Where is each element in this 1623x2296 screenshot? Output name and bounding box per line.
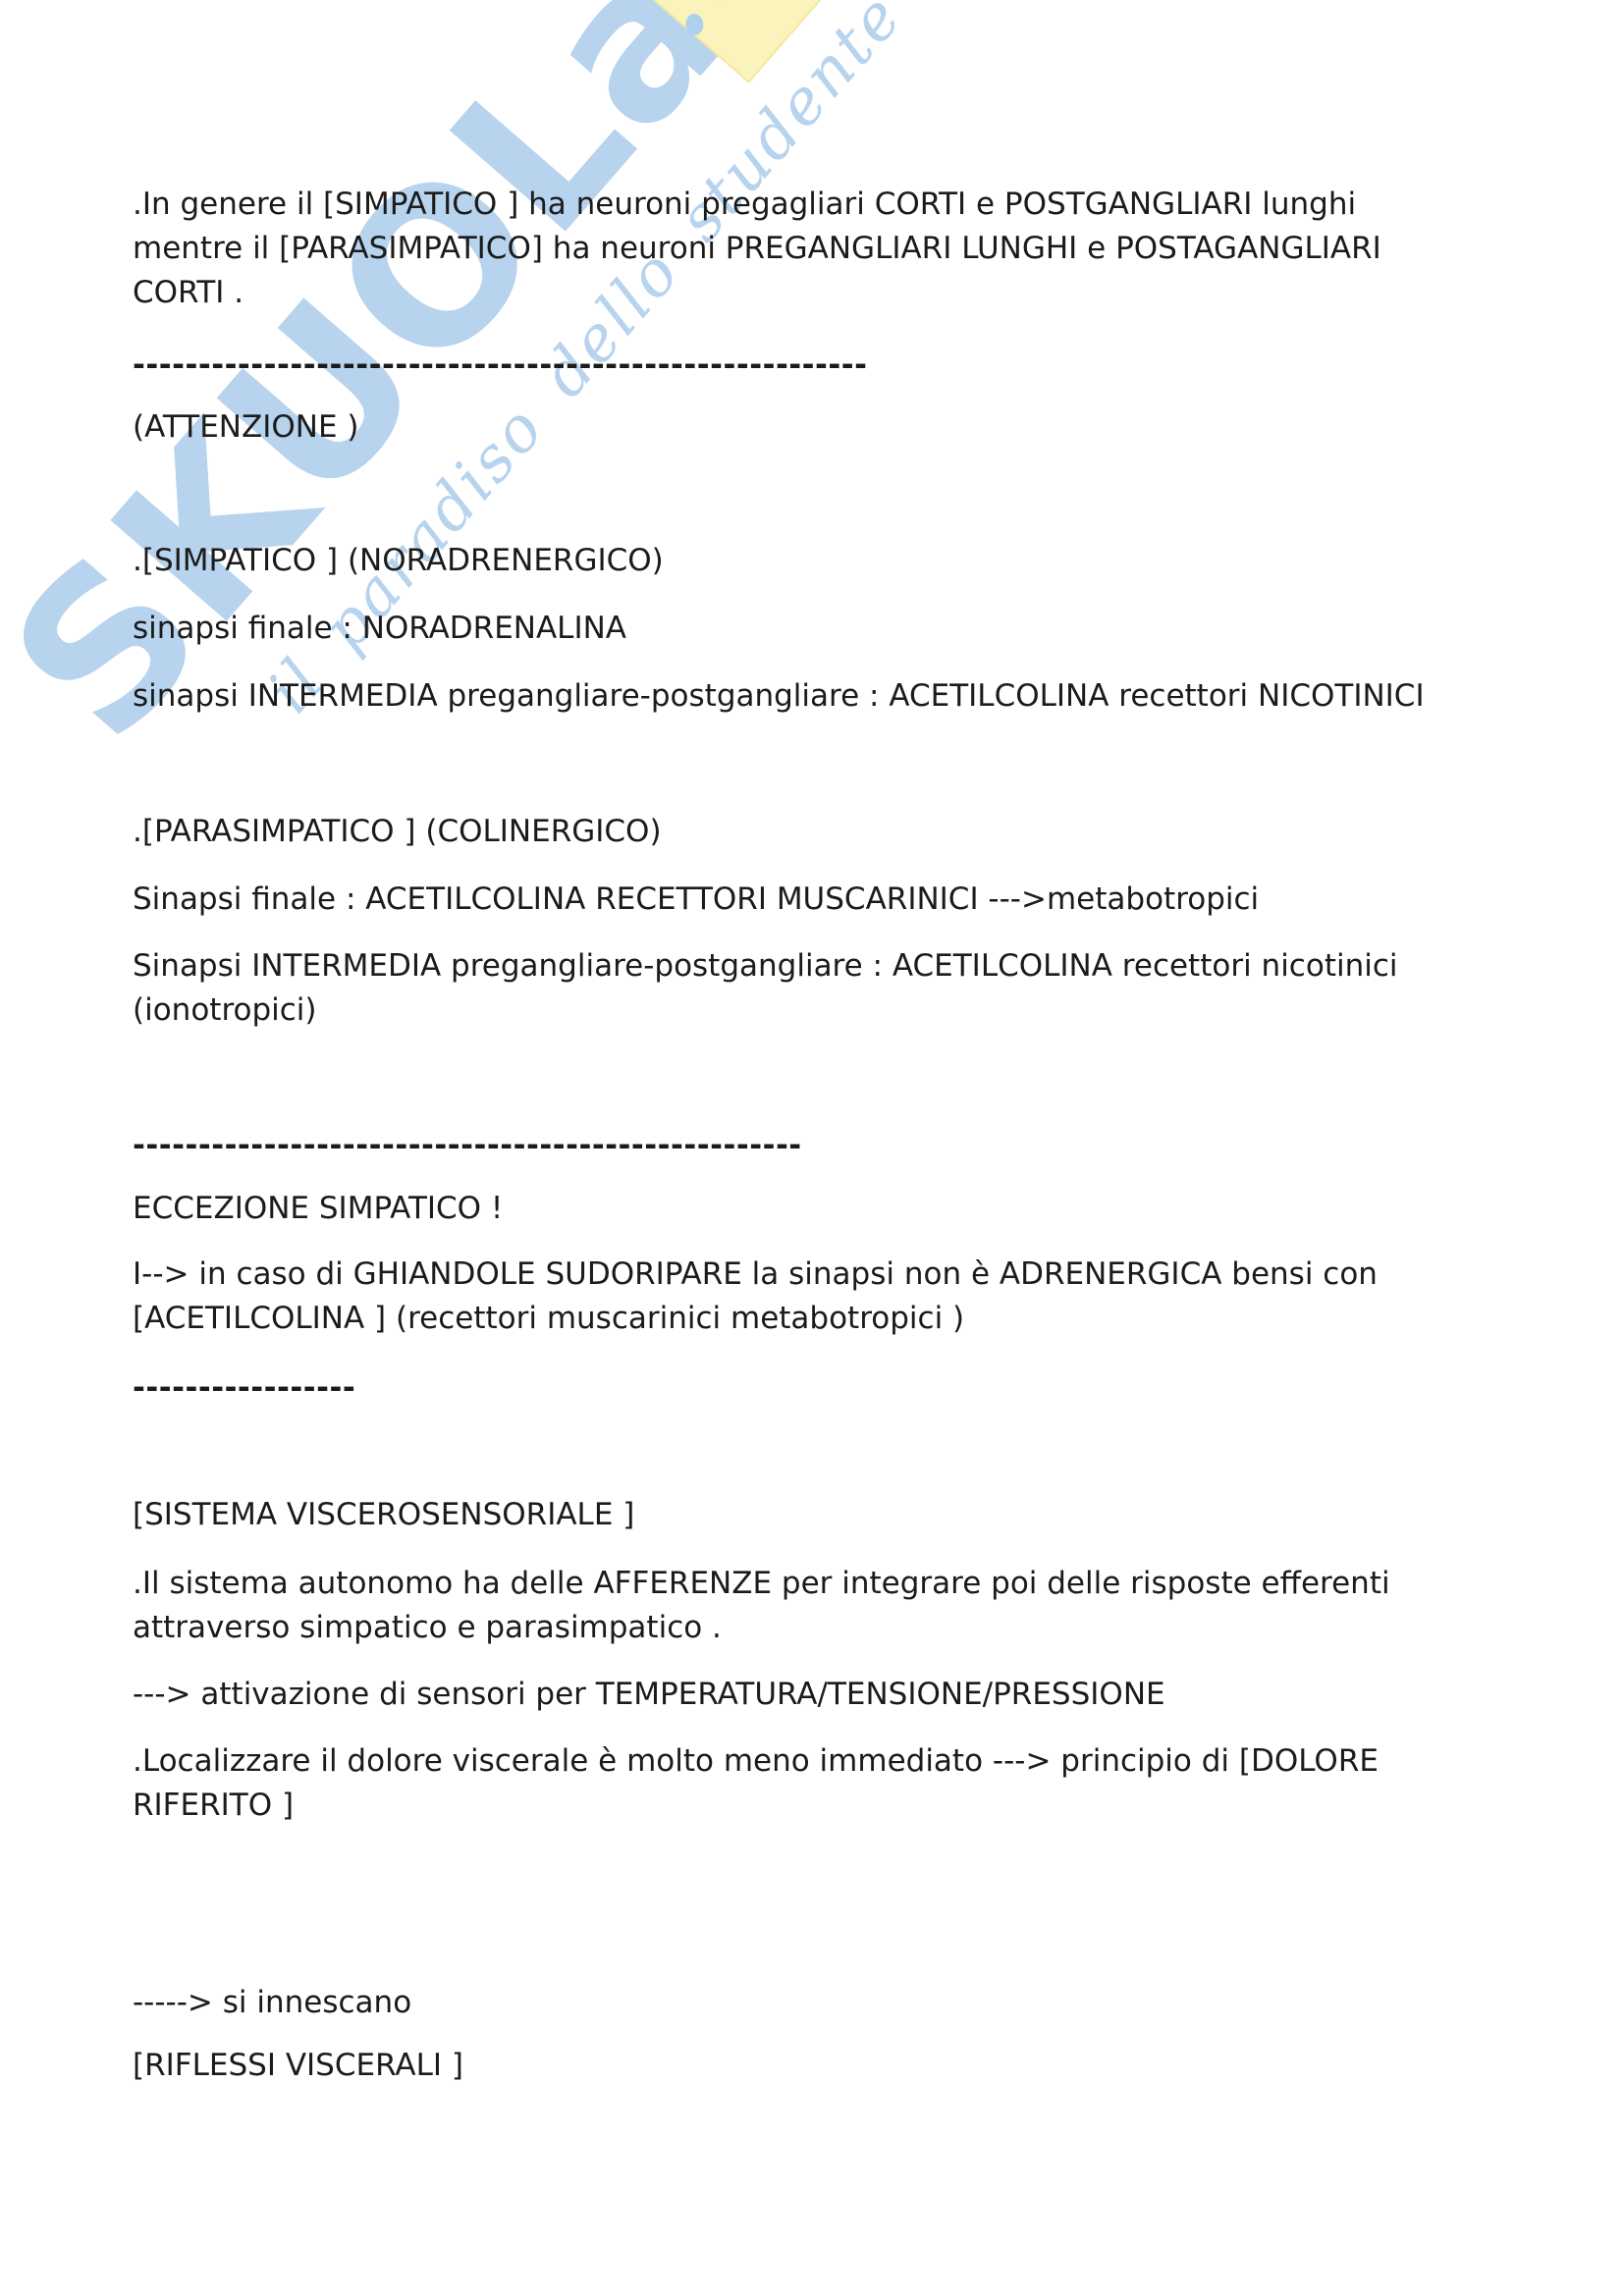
document-content: .In genere il [SIMPATICO ] ha neuroni pr… [0,0,1623,2296]
paragraph-line: .Localizzare il dolore viscerale è molto… [133,1739,1507,1784]
paragraph-line: (ATTENZIONE ) [133,405,1507,450]
paragraph-line: .[PARASIMPATICO ] (COLINERGICO) [133,810,1507,854]
paragraph-line: Sinapsi finale : ACETILCOLINA RECETTORI … [133,878,1507,922]
paragraph-line: [SISTEMA VISCEROSENSORIALE ] [133,1493,1507,1537]
paragraph-line: Sinapsi INTERMEDIA pregangliare-postgang… [133,944,1507,988]
paragraph-line: RIFERITO ] [133,1784,1507,1828]
paragraph-line: ECCEZIONE SIMPATICO ! [133,1187,1507,1231]
paragraph-line: CORTI . [133,271,1507,315]
document-page: SKUOLa .net il paradiso dello studente .… [0,0,1623,2296]
separator-dashes: ----------------------------------------… [133,1124,1507,1168]
separator-dashes: ----------------------------------------… [133,344,1507,388]
paragraph-line: (ionotropici) [133,988,1507,1033]
paragraph-line: ---> attivazione di sensori per TEMPERAT… [133,1673,1507,1717]
separator-dashes: ----------------- [133,1366,1507,1411]
paragraph-line: I--> in caso di GHIANDOLE SUDORIPARE la … [133,1253,1507,1297]
paragraph-line: [RIFLESSI VISCERALI ] [133,2044,1507,2088]
paragraph-line: sinapsi INTERMEDIA pregangliare-postgang… [133,674,1507,719]
paragraph-line: sinapsi finale : NORADRENALINA [133,607,1507,651]
paragraph-line: attraverso simpatico e parasimpatico . [133,1606,1507,1650]
paragraph-line: .In genere il [SIMPATICO ] ha neuroni pr… [133,183,1507,227]
paragraph-line: mentre il [PARASIMPATICO] ha neuroni PRE… [133,227,1507,271]
paragraph-line: .Il sistema autonomo ha delle AFFERENZE … [133,1562,1507,1606]
paragraph-line: -----> si innescano [133,1981,1507,2025]
paragraph-line: [ACETILCOLINA ] (recettori muscarinici m… [133,1297,1507,1341]
paragraph-line: .[SIMPATICO ] (NORADRENERGICO) [133,539,1507,583]
